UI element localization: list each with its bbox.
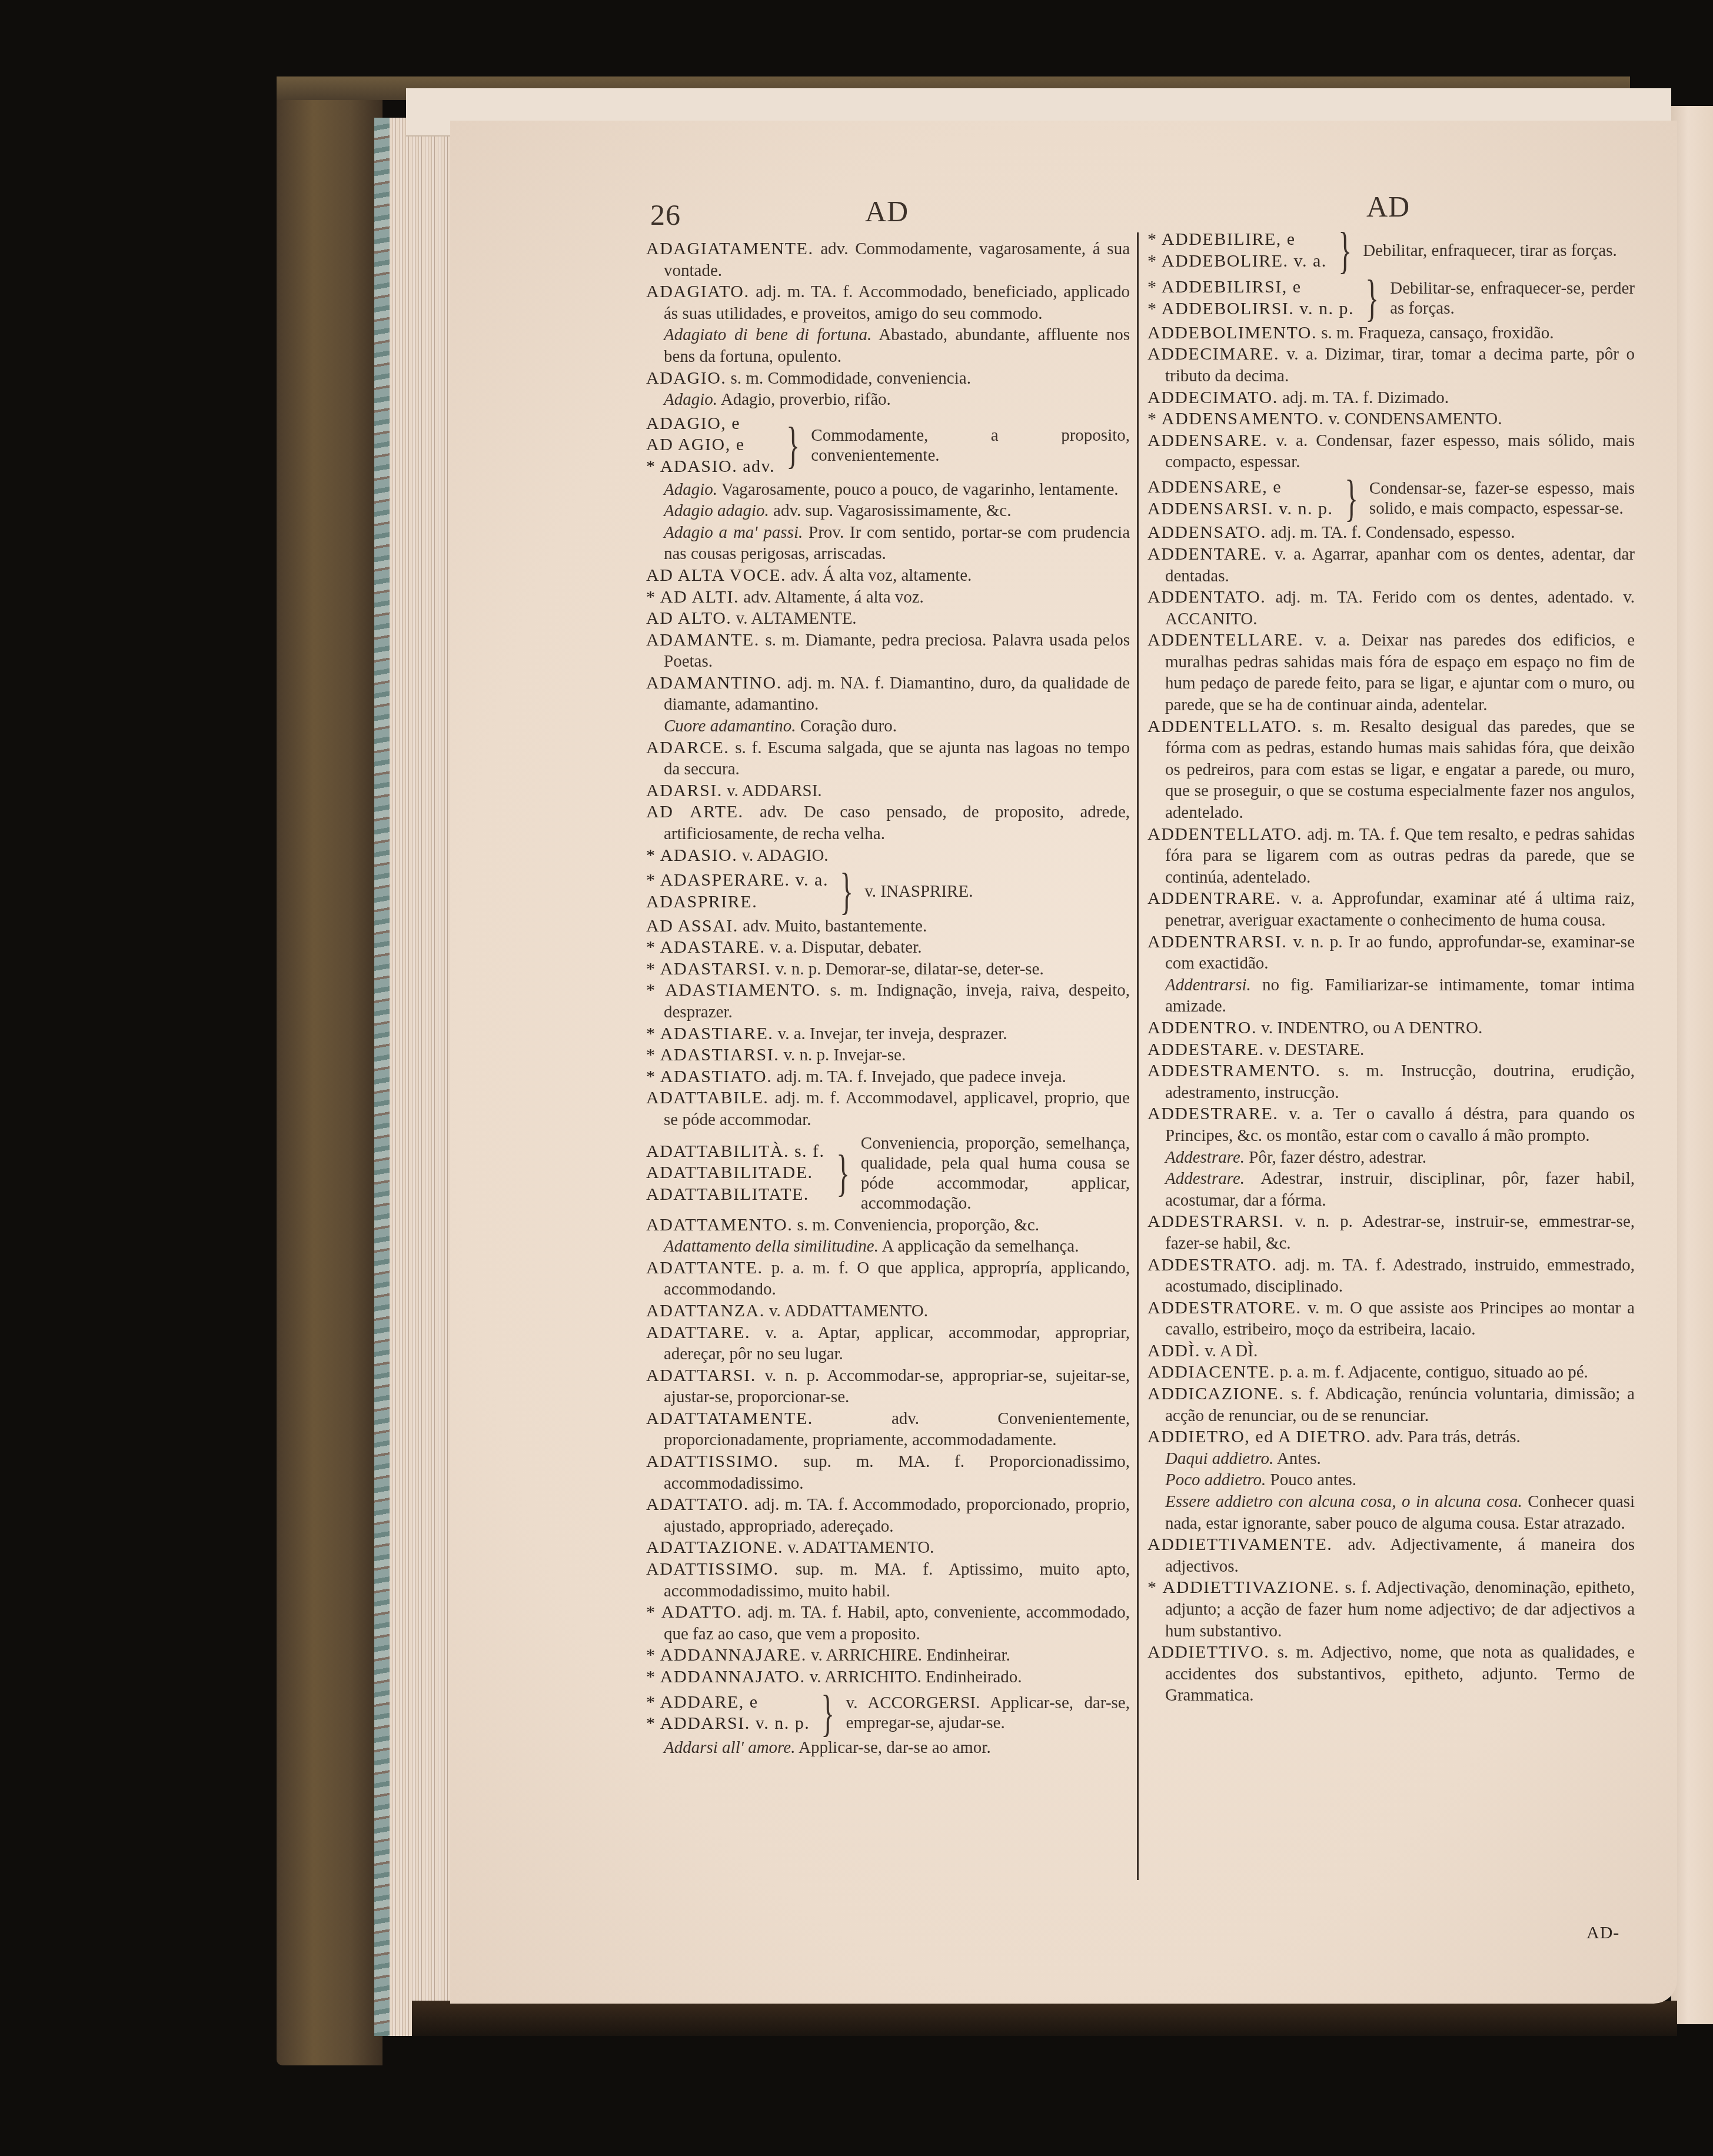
headword: ADATTANZA. bbox=[646, 1301, 765, 1320]
definition: ALTAMENTE. bbox=[751, 609, 856, 628]
dictionary-entry: ADDÌ. v. A DÌ. bbox=[1147, 1340, 1635, 1362]
dictionary-entry: ADATTANTE. p. a. m. f. O que applica, ap… bbox=[646, 1257, 1130, 1300]
sub-entry: Adagiato di bene di fortuna. Abastado, a… bbox=[646, 324, 1130, 367]
headword: ADAGIATO. bbox=[646, 282, 749, 301]
dictionary-entry: * ADASTARE. v. a. Disputar, debater. bbox=[646, 937, 1130, 959]
sub-entry: Cuore adamantino. Coração duro. bbox=[646, 716, 1130, 737]
dictionary-entry: ADAGIATAMENTE. adv. Commodamente, vagaro… bbox=[646, 238, 1130, 281]
grammar-label: adj. m. TA. f. bbox=[747, 1603, 841, 1622]
grammar-label: v. a. bbox=[1276, 431, 1308, 450]
definition: Invejar-se. bbox=[834, 1046, 906, 1064]
dictionary-entry: * ADASTIAMENTO. s. m. Indignação, inveja… bbox=[646, 980, 1130, 1023]
headword: ADDENTELLARE. bbox=[1147, 630, 1303, 650]
headword: ADATTATO. bbox=[646, 1495, 749, 1514]
dictionary-entry: ADDIETTIVAMENTE. adv. Adjectivamente, á … bbox=[1147, 1534, 1635, 1577]
grammar-label: p. a. m. f. bbox=[1280, 1363, 1345, 1382]
definition: Adjacente, contiguo, situado ao pé. bbox=[1348, 1363, 1588, 1382]
dictionary-entry: * ADASTIARSI. v. n. p. Invejar-se. bbox=[646, 1044, 1130, 1066]
bracketed-entry: * ADDEBILIRSI, e* ADDEBOLIRSI. v. n. p.}… bbox=[1147, 275, 1635, 321]
bracketed-entry: ADAGIO, eAD AGIO, e* ADASIO. adv.}Commod… bbox=[646, 413, 1130, 478]
definition: Dizimado. bbox=[1378, 388, 1449, 407]
headword: AD ALTO. bbox=[646, 608, 731, 628]
column-divider bbox=[1137, 232, 1139, 1880]
running-head-right: AD bbox=[1366, 189, 1410, 224]
headword: ADDENTRO. bbox=[1147, 1018, 1257, 1037]
grammar-label: adj. m. f. bbox=[775, 1089, 840, 1107]
grouped-headwords: * ADDEBILIRSI, e* ADDEBOLIRSI. v. n. p. bbox=[1147, 277, 1354, 320]
dictionary-entry: ADDENTATO. adj. m. TA. Ferido com os den… bbox=[1147, 587, 1635, 630]
headword: ADDICAZIONE. bbox=[1147, 1384, 1284, 1403]
grammar-label: adv. bbox=[892, 1409, 919, 1428]
headword: ADAGIO. bbox=[646, 368, 726, 388]
definition: INDENTRO, ou A DENTRO. bbox=[1277, 1019, 1482, 1037]
facing-page-edge bbox=[1671, 106, 1713, 2024]
definition: Condensar-se, fazer-se espesso, mais sol… bbox=[1369, 478, 1635, 518]
headword: ADDESTRATO. bbox=[1147, 1255, 1277, 1275]
dictionary-entry: * ADDIETTIVAZIONE. s. f. Adjectivação, d… bbox=[1147, 1577, 1635, 1642]
headword: ADDENSARSI. v. n. p. bbox=[1147, 498, 1333, 520]
italic-phrase: Adagio a ma' passi. bbox=[664, 523, 803, 542]
headword: ADATTABILITÀ. s. f. bbox=[646, 1141, 825, 1163]
grammar-label: v. bbox=[810, 1668, 821, 1686]
dictionary-entry: * AD ALTI. adv. Altamente, á alta voz. bbox=[646, 587, 1130, 608]
grammar-label: v. a. bbox=[1287, 345, 1318, 364]
dictionary-entry: ADDESTRATORE. v. m. O que assiste aos Pr… bbox=[1147, 1297, 1635, 1340]
dictionary-entry: ADATTARSI. v. n. p. Accommodar-se, appro… bbox=[646, 1365, 1130, 1408]
definition: Applicar-se, dar-se ao amor. bbox=[799, 1738, 991, 1757]
definition: ARRICHIRE. Endinheirar. bbox=[826, 1646, 1010, 1665]
definition: Debilitar, enfraquecer, tirar as forças. bbox=[1363, 241, 1635, 261]
definition: Vagarosamente, pouco a pouco, de vagarin… bbox=[721, 480, 1119, 499]
dictionary-entry: ADAGIATO. adj. m. TA. f. Accommodado, be… bbox=[646, 281, 1130, 324]
italic-phrase: Addestrare. bbox=[1165, 1169, 1245, 1188]
definition: ADATTAMENTO. bbox=[803, 1538, 934, 1557]
headword: * ADASPERARE. v. a. bbox=[646, 870, 829, 891]
definition: Conveniencia, proporção, &c. bbox=[834, 1216, 1039, 1235]
grammar-label: sup. m. MA. f. bbox=[796, 1560, 933, 1579]
headword: ADDIACENTE. bbox=[1147, 1362, 1275, 1382]
definition: Muito, bastantemente. bbox=[775, 917, 927, 936]
headword: ADDENTRARE. bbox=[1147, 889, 1281, 908]
grammar-label: adj. m. TA. f. bbox=[1285, 1256, 1386, 1275]
sub-entry: Adagio. Vagarosamente, pouco a pouco, de… bbox=[646, 479, 1130, 501]
dictionary-entry: * ADASTIARE. v. a. Invejar, ter inveja, … bbox=[646, 1023, 1130, 1045]
grammar-label: v. bbox=[741, 846, 753, 865]
definition: Disputar, debater. bbox=[801, 938, 922, 957]
headword: ADATTISSIMO. bbox=[646, 1452, 779, 1471]
headword: ADATTABILITADE. bbox=[646, 1162, 825, 1184]
sub-entry: Addestrare. Adestrar, instruir, discipli… bbox=[1147, 1168, 1635, 1211]
headword: ADDIETTIVAMENTE. bbox=[1147, 1535, 1332, 1554]
dictionary-entry: ADATTAMENTO. s. m. Conveniencia, proporç… bbox=[646, 1215, 1130, 1236]
sub-entry: Poco addietro. Pouco antes. bbox=[1147, 1469, 1635, 1491]
definition: v. ACCORGERSI. Applicar-se, dar-se, empr… bbox=[846, 1693, 1130, 1733]
grammar-label: s. m. bbox=[731, 369, 764, 388]
dictionary-entry: ADDENTELLATO. adj. m. TA. f. Que tem res… bbox=[1147, 824, 1635, 889]
grammar-label: s. m. bbox=[797, 1216, 830, 1235]
definition: ADDARSI. bbox=[741, 781, 821, 800]
italic-phrase: Essere addietro con alcuna cosa, o in al… bbox=[1165, 1492, 1522, 1511]
headword: ADDÌ. bbox=[1147, 1341, 1200, 1360]
dictionary-entry: ADDENTRARSI. v. n. p. Ir ao fundo, appro… bbox=[1147, 931, 1635, 974]
grammar-label: v. bbox=[787, 1538, 799, 1557]
headword: ADARCE. bbox=[646, 738, 729, 757]
grammar-label: adj. m. TA. f. bbox=[1282, 388, 1373, 407]
dictionary-entry: * ADASIO. v. ADAGIO. bbox=[646, 845, 1130, 867]
dictionary-entry: ADDESTRAMENTO. s. m. Instrucção, doutrin… bbox=[1147, 1060, 1635, 1103]
grammar-label: v. bbox=[1269, 1040, 1280, 1059]
grammar-label: adv. bbox=[743, 588, 771, 607]
sub-entry: Adagio adagio. adv. sup. Vagarosissimame… bbox=[646, 500, 1130, 522]
grammar-label: s. m. bbox=[1338, 1062, 1384, 1080]
definition: A DÌ. bbox=[1220, 1342, 1258, 1360]
grammar-label: v. a. bbox=[778, 1024, 806, 1043]
grammar-label: s. m. bbox=[1278, 1643, 1314, 1662]
dictionary-entry: ADDENTELLARE. v. a. Deixar nas paredes d… bbox=[1147, 630, 1635, 716]
grammar-label: v. bbox=[769, 1302, 781, 1320]
italic-phrase: Daqui addietro. bbox=[1165, 1449, 1273, 1468]
grammar-label: v. bbox=[1329, 410, 1341, 428]
dictionary-entry: AD ALTO. v. ALTAMENTE. bbox=[646, 608, 1130, 630]
dictionary-entry: ADATTATO. adj. m. TA. f. Accommodado, pr… bbox=[646, 1494, 1130, 1537]
dictionary-entry: ADDESTRARE. v. a. Ter o cavallo á déstra… bbox=[1147, 1103, 1635, 1146]
grammar-label: v. n. p. bbox=[764, 1366, 819, 1385]
definition: Pouco antes. bbox=[1270, 1470, 1357, 1489]
grammar-label: sup. m. MA. f. bbox=[803, 1452, 964, 1471]
definition: ARRICHITO. Endinheirado. bbox=[824, 1668, 1022, 1686]
headword: * ADDARE, e bbox=[646, 1692, 810, 1714]
catchword: AD- bbox=[1586, 1923, 1619, 1943]
grammar-label: adj. m. TA. f. bbox=[1307, 825, 1399, 844]
italic-phrase: Addestrare. bbox=[1165, 1148, 1245, 1167]
dictionary-entry: ADATTAZIONE. v. ADATTAMENTO. bbox=[646, 1537, 1130, 1559]
dictionary-entry: AD ASSAI. adv. Muito, bastantemente. bbox=[646, 916, 1130, 937]
dictionary-entry: ADATTABILE. adj. m. f. Accommodavel, app… bbox=[646, 1087, 1130, 1130]
sub-entry: Adattamento della similitudine. A applic… bbox=[646, 1236, 1130, 1257]
dictionary-entry: * ADDANNAJARE. v. ARRICHIRE. Endinheirar… bbox=[646, 1645, 1130, 1666]
right-column: * ADDEBILIRE, e* ADDEBOLIRE. v. a.}Debil… bbox=[1147, 225, 1635, 1706]
definition: Para trás, detrás. bbox=[1408, 1428, 1521, 1446]
marbled-endpaper bbox=[374, 118, 390, 2036]
page-number: 26 bbox=[650, 198, 681, 232]
grammar-label: s. m. bbox=[1321, 324, 1354, 342]
headword: ADDENSARE, e bbox=[1147, 477, 1333, 498]
definition: Adagio, proverbio, rifão. bbox=[721, 390, 891, 409]
dictionary-entry: ADDENTARE. v. a. Agarrar, apanhar com os… bbox=[1147, 544, 1635, 587]
grammar-label: adv. bbox=[820, 239, 848, 258]
dictionary-entry: ADDICAZIONE. s. f. Abdicação, renúncia v… bbox=[1147, 1383, 1635, 1426]
page-stack-edge bbox=[390, 118, 454, 2036]
dictionary-entry: ADDESTRARSI. v. n. p. Adestrar-se, instr… bbox=[1147, 1211, 1635, 1254]
dictionary-entry: * ADDENSAMENTO. v. CONDENSAMENTO. bbox=[1147, 408, 1635, 430]
headword: * ADDANNAJARE. bbox=[646, 1645, 807, 1665]
grammar-label: adj. m. TA. f. bbox=[776, 1067, 867, 1086]
grouped-headwords: * ADDEBILIRE, e* ADDEBOLIRE. v. a. bbox=[1147, 229, 1327, 272]
headword: * ADDEBILIRSI, e bbox=[1147, 277, 1354, 298]
dictionary-entry: ADDECIMATO. adj. m. TA. f. Dizimado. bbox=[1147, 387, 1635, 409]
headword: * ADASIO. adv. bbox=[646, 456, 775, 478]
headword: ADAMANTE. bbox=[646, 630, 760, 650]
headword: ADARSI. bbox=[646, 781, 723, 800]
italic-phrase: Adagio. bbox=[664, 480, 717, 499]
headword: AD ARTE. bbox=[646, 802, 744, 821]
dictionary-entry: * ADDANNAJATO. v. ARRICHITO. Endinheirad… bbox=[646, 1666, 1130, 1688]
grammar-label: v. m. bbox=[1308, 1299, 1343, 1317]
running-head-left: AD bbox=[865, 194, 909, 228]
grouped-headwords: * ADASPERARE. v. a.ADASPRIRE. bbox=[646, 870, 829, 913]
grammar-label: adj. m. TA. f. bbox=[1270, 523, 1361, 542]
dictionary-entry: * ADATTO. adj. m. TA. f. Habil, apto, co… bbox=[646, 1602, 1130, 1645]
headword: ADDESTRARSI. bbox=[1147, 1212, 1284, 1231]
headword: * ADASIO. bbox=[646, 846, 737, 865]
italic-phrase: Poco addietro. bbox=[1165, 1470, 1266, 1489]
dictionary-entry: ADATTATAMENTE. adv. Convenientemente, pr… bbox=[646, 1408, 1130, 1451]
sub-entry: Daqui addietro. Antes. bbox=[1147, 1448, 1635, 1470]
headword: ADDENTELLATO. bbox=[1147, 824, 1302, 844]
headword: ADDENSATO. bbox=[1147, 523, 1266, 542]
dictionary-entry: ADDIACENTE. p. a. m. f. Adjacente, conti… bbox=[1147, 1362, 1635, 1383]
sub-entry: Addentrarsi. no fig. Familiarizar-se int… bbox=[1147, 974, 1635, 1017]
grammar-label: s. f. bbox=[1345, 1578, 1371, 1597]
headword: ADDENTATO. bbox=[1147, 587, 1266, 607]
dictionary-entry: ADAGIO. s. m. Commodidade, conveniencia. bbox=[646, 368, 1130, 390]
headword: ADDENTARE. bbox=[1147, 544, 1267, 564]
italic-phrase: Adagio. bbox=[664, 390, 717, 409]
grammar-label: v. a. bbox=[1275, 545, 1306, 564]
headword: * ADASTIATO. bbox=[646, 1067, 772, 1086]
grouped-headwords: ADDENSARE, eADDENSARSI. v. n. p. bbox=[1147, 477, 1333, 520]
dictionary-entry: ADDENTELLATO. s. m. Resalto desigual das… bbox=[1147, 716, 1635, 824]
bracketed-entry: ADATTABILITÀ. s. f.ADATTABILITADE.ADATTA… bbox=[646, 1133, 1130, 1213]
dictionary-entry: AD ALTA VOCE. adv. Á alta voz, altamente… bbox=[646, 565, 1130, 587]
definition: Conveniencia, proporção, semelhança, qua… bbox=[861, 1133, 1130, 1213]
headword: ADDESTRATORE. bbox=[1147, 1298, 1301, 1317]
headword: ADDENSARE. bbox=[1147, 431, 1268, 450]
headword: ADDECIMATO. bbox=[1147, 388, 1278, 407]
italic-phrase: Addarsi all' amore. bbox=[664, 1738, 795, 1757]
headword: ADASPRIRE. bbox=[646, 891, 829, 913]
dictionary-entry: * ADASTIATO. adj. m. TA. f. Invejado, qu… bbox=[646, 1066, 1130, 1088]
headword: * ADDIETTIVAZIONE. bbox=[1147, 1578, 1339, 1597]
definition: Altamente, á alta voz. bbox=[774, 588, 924, 607]
definition: Antes. bbox=[1277, 1449, 1321, 1468]
brace-icon: } bbox=[1341, 475, 1361, 521]
definition: Commodidade, conveniencia. bbox=[767, 369, 970, 388]
definition: Fraqueza, cansaço, froxidão. bbox=[1358, 324, 1554, 342]
definition: Demorar-se, dilatar-se, deter-se. bbox=[826, 960, 1044, 979]
headword: * ADDEBOLIRSI. v. n. p. bbox=[1147, 298, 1354, 320]
headword: * ADASTARSI. bbox=[646, 959, 771, 979]
grammar-label: v. n. p. bbox=[783, 1046, 829, 1064]
grammar-label: s. m. bbox=[765, 631, 799, 650]
grammar-label: adv. bbox=[1348, 1535, 1375, 1554]
headword: ADDESTRAMENTO. bbox=[1147, 1061, 1321, 1080]
grouped-headwords: ADAGIO, eAD AGIO, e* ADASIO. adv. bbox=[646, 413, 775, 478]
grammar-label: v. bbox=[1205, 1342, 1216, 1360]
headword: * ADDENSAMENTO. bbox=[1147, 409, 1324, 428]
headword: ADATTABILITATE. bbox=[646, 1184, 825, 1206]
grouped-headwords: * ADDARE, e* ADDARSI. v. n. p. bbox=[646, 1692, 810, 1735]
italic-phrase: Cuore adamantino. bbox=[664, 717, 796, 736]
bracketed-entry: * ADASPERARE. v. a.ADASPRIRE.}v. INASPRI… bbox=[646, 869, 1130, 914]
brace-icon: } bbox=[837, 869, 857, 914]
definition: Condensado, espesso. bbox=[1366, 523, 1515, 542]
italic-phrase: Adagio adagio. bbox=[664, 501, 769, 520]
dictionary-entry: ADARCE. s. f. Escuma salgada, que se aju… bbox=[646, 737, 1130, 780]
leather-binding bbox=[277, 76, 382, 2065]
grammar-label: adv. bbox=[760, 803, 787, 821]
headword: ADDIETTIVO. bbox=[1147, 1642, 1269, 1662]
grammar-label: v. a. bbox=[770, 938, 797, 957]
dictionary-entry: ADARSI. v. ADDARSI. bbox=[646, 780, 1130, 802]
grammar-label: v. n. p. bbox=[776, 960, 821, 979]
headword: ADAGIATAMENTE. bbox=[646, 239, 813, 258]
italic-phrase: Addentrarsi. bbox=[1165, 976, 1251, 994]
brace-icon: } bbox=[818, 1691, 838, 1736]
bracketed-entry: ADDENSARE, eADDENSARSI. v. n. p.}Condens… bbox=[1147, 475, 1635, 521]
headword: ADATTATAMENTE. bbox=[646, 1409, 813, 1428]
headword: AD ASSAI. bbox=[646, 916, 739, 936]
grammar-label: v. n. p. bbox=[1293, 933, 1343, 951]
dictionary-entry: ADDENTRO. v. INDENTRO, ou A DENTRO. bbox=[1147, 1017, 1635, 1039]
grammar-label: v. a. bbox=[1290, 889, 1323, 908]
headword: ADDESTARE. bbox=[1147, 1040, 1264, 1059]
definition: Escuma salgada, que se ajunta nas lagoas… bbox=[664, 738, 1130, 779]
sub-entry: Adagio. Adagio, proverbio, rifão. bbox=[646, 389, 1130, 411]
headword: ADDENTRARSI. bbox=[1147, 932, 1287, 951]
bracketed-entry: * ADDEBILIRE, e* ADDEBOLIRE. v. a.}Debil… bbox=[1147, 228, 1635, 273]
definition: Pôr, fazer déstro, adestrar. bbox=[1249, 1148, 1426, 1167]
dictionary-entry: ADDENSARE. v. a. Condensar, fazer espess… bbox=[1147, 430, 1635, 473]
definition: v. INASPRIRE. bbox=[864, 881, 1130, 901]
brace-icon: } bbox=[833, 1150, 853, 1196]
dictionary-entry: ADATTARE. v. a. Aptar, applicar, accommo… bbox=[646, 1322, 1130, 1365]
left-column: ADAGIATAMENTE. adv. Commodamente, vagaro… bbox=[646, 238, 1130, 1759]
grammar-label: adv. bbox=[790, 566, 818, 585]
dictionary-entry: ADATTISSIMO. sup. m. MA. f. Aptissimo, m… bbox=[646, 1559, 1130, 1602]
headword: * ADDEBOLIRE. v. a. bbox=[1147, 251, 1327, 272]
dictionary-entry: ADDECIMARE. v. a. Dizimar, tirar, tomar … bbox=[1147, 344, 1635, 387]
headword: * ADASTIARE. bbox=[646, 1024, 773, 1043]
headword: ADDEBOLIMENTO. bbox=[1147, 323, 1317, 342]
sub-entry: Adagio a ma' passi. Prov. Ir com sentido… bbox=[646, 522, 1130, 565]
headword: * ADASTIARSI. bbox=[646, 1045, 779, 1064]
headword: ADDECIMARE. bbox=[1147, 344, 1279, 364]
headword: ADAMANTINO. bbox=[646, 673, 782, 693]
brace-icon: } bbox=[1335, 228, 1355, 273]
grammar-label: adj. m. TA. f. bbox=[754, 1495, 848, 1514]
dictionary-entry: ADDENTRARE. v. a. Approfundar, examinar … bbox=[1147, 888, 1635, 931]
bottom-shadow bbox=[412, 2001, 1677, 2036]
headword: ADATTARSI. bbox=[646, 1366, 756, 1385]
headword: AD ALTA VOCE. bbox=[646, 565, 786, 585]
headword: ADAGIO, e bbox=[646, 413, 775, 435]
grammar-label: p. a. m. f. bbox=[771, 1259, 849, 1277]
dictionary-entry: ADATTANZA. v. ADDATTAMENTO. bbox=[646, 1300, 1130, 1322]
headword: * ADASTIAMENTO. bbox=[646, 980, 821, 1000]
headword: * ADASTARE. bbox=[646, 937, 765, 957]
dictionary-entry: ADAMANTINO. adj. m. NA. f. Diamantino, d… bbox=[646, 673, 1130, 716]
grammar-label: v. n. p. bbox=[1295, 1212, 1353, 1231]
sub-entry: Addarsi all' amore. Applicar-se, dar-se … bbox=[646, 1737, 1130, 1759]
dictionary-entry: ADDENSATO. adj. m. TA. f. Condensado, es… bbox=[1147, 522, 1635, 544]
grammar-label: adj. m. TA. f. bbox=[756, 282, 853, 301]
headword: * ADDANNAJATO. bbox=[646, 1667, 805, 1686]
grammar-label: s. f. bbox=[1291, 1385, 1319, 1403]
headword: * ADATTO. bbox=[646, 1602, 742, 1622]
definition: A applicação da semelhança. bbox=[882, 1237, 1079, 1256]
headword: ADATTANTE. bbox=[646, 1258, 763, 1277]
headword: ADATTAMENTO. bbox=[646, 1215, 793, 1235]
grammar-label: adj. m. NA. f. bbox=[787, 674, 884, 693]
headword: * ADDEBILIRE, e bbox=[1147, 229, 1327, 251]
headword: ADATTISSIMO. bbox=[646, 1559, 779, 1579]
grammar-label: s. m. bbox=[830, 981, 868, 1000]
headword: ADDIETRO, ed A DIETRO. bbox=[1147, 1427, 1371, 1446]
definition: DESTARE. bbox=[1285, 1040, 1364, 1059]
definition: Invejado, que padece inveja. bbox=[872, 1067, 1066, 1086]
headword: * ADDARSI. v. n. p. bbox=[646, 1713, 810, 1735]
dictionary-entry: ADDIETRO, ed A DIETRO. adv. Para trás, d… bbox=[1147, 1426, 1635, 1448]
definition: CONDENSAMENTO. bbox=[1345, 410, 1502, 428]
grammar-label: v. a. bbox=[1289, 1104, 1323, 1123]
grammar-label: v. a. bbox=[1315, 631, 1351, 650]
grammar-label: v. bbox=[727, 781, 739, 800]
definition: Á alta voz, altamente. bbox=[823, 566, 972, 585]
sub-entry: Essere addietro con alcuna cosa, o in al… bbox=[1147, 1491, 1635, 1534]
grouped-headwords: ADATTABILITÀ. s. f.ADATTABILITADE.ADATTA… bbox=[646, 1141, 825, 1206]
italic-phrase: Adattamento della similitudine. bbox=[664, 1237, 879, 1256]
brace-icon: } bbox=[783, 422, 803, 468]
grammar-label: s. m. bbox=[1312, 717, 1351, 736]
dictionary-entry: ADATTISSIMO. sup. m. MA. f. Proporcionad… bbox=[646, 1451, 1130, 1494]
headword: ADATTAZIONE. bbox=[646, 1538, 783, 1557]
grammar-label: adj. m. TA. bbox=[1276, 588, 1363, 607]
grammar-label: v. bbox=[1261, 1019, 1273, 1037]
definition: Commodamente, a proposito, convenienteme… bbox=[811, 425, 1130, 465]
grammar-label: adv. bbox=[743, 917, 770, 936]
grammar-label: v. bbox=[736, 609, 748, 628]
headword: AD AGIO, e bbox=[646, 434, 775, 456]
headword: ADDESTRARE. bbox=[1147, 1104, 1278, 1123]
dictionary-entry: * ADASTARSI. v. n. p. Demorar-se, dilata… bbox=[646, 959, 1130, 980]
bracketed-entry: * ADDARE, e* ADDARSI. v. n. p.}v. ACCORG… bbox=[646, 1691, 1130, 1736]
definition: Debilitar-se, enfraquecer-se, perder as … bbox=[1390, 278, 1635, 318]
dictionary-entry: ADDESTARE. v. DESTARE. bbox=[1147, 1039, 1635, 1061]
grammar-label: v. a. bbox=[765, 1323, 803, 1342]
dictionary-entry: ADDEBOLIMENTO. s. m. Fraqueza, cansaço, … bbox=[1147, 322, 1635, 344]
headword: ADATTARE. bbox=[646, 1323, 750, 1342]
headword: ADATTABILE. bbox=[646, 1088, 769, 1107]
definition: ADAGIO. bbox=[757, 846, 829, 865]
brace-icon: } bbox=[1362, 275, 1382, 321]
grammar-label: v. bbox=[811, 1646, 823, 1665]
sub-entry: Addestrare. Pôr, fazer déstro, adestrar. bbox=[1147, 1147, 1635, 1169]
headword: * AD ALTI. bbox=[646, 587, 739, 607]
italic-phrase: Adagiato di bene di fortuna. bbox=[664, 325, 872, 344]
definition: ADDATTAMENTO. bbox=[784, 1302, 928, 1320]
definition: Coração duro. bbox=[800, 717, 897, 736]
grammar-label: adv. bbox=[1376, 1428, 1403, 1446]
grammar-label: s. f. bbox=[735, 738, 761, 757]
definition: adv. sup. Vagarosissimamente, &c. bbox=[773, 501, 1011, 520]
dictionary-entry: ADDIETTIVO. s. m. Adjectivo, nome, que n… bbox=[1147, 1642, 1635, 1706]
definition: Invejar, ter inveja, desprazer. bbox=[810, 1024, 1007, 1043]
dictionary-entry: AD ARTE. adv. De caso pensado, de propos… bbox=[646, 801, 1130, 844]
dictionary-entry: ADDESTRATO. adj. m. TA. f. Adestrado, in… bbox=[1147, 1255, 1635, 1297]
dictionary-entry: ADAMANTE. s. m. Diamante, pedra preciosa… bbox=[646, 630, 1130, 673]
headword: ADDENTELLATO. bbox=[1147, 717, 1302, 736]
